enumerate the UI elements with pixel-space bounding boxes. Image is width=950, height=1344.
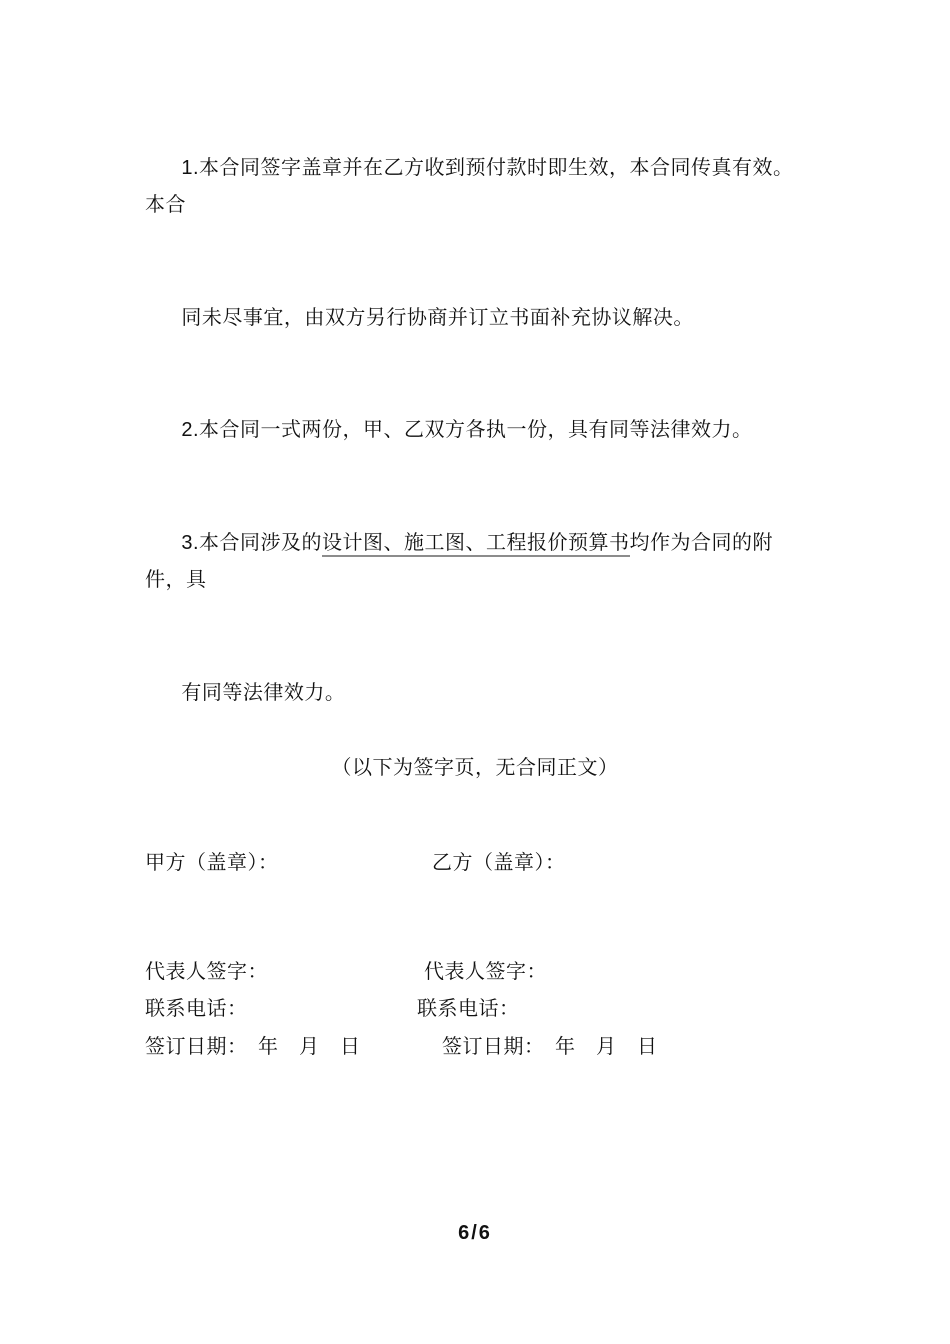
clause-1-line-2: 同未尽事宜，由双方另行协商并订立书面补充协议解决。 [145, 262, 805, 375]
signature-block: 甲方（盖章）： 乙方（盖章）： 代表人签字： 代表人签字： 联系电话： 联系电话… [145, 845, 805, 1066]
clause-1-line-1: 1.本合同签字盖章并在乙方收到预付款时即生效，本合同传真有效。本合 [145, 112, 805, 262]
clause-3-text-end: 有同等法律效力。 [181, 682, 345, 704]
clause-1-text-b: 同未尽事宜，由双方另行协商并订立书面补充协议解决。 [181, 307, 694, 329]
party-a-phone-label: 联系电话： [145, 991, 417, 1029]
document-body: 1.本合同签字盖章并在乙方收到预付款时即生效，本合同传真有效。本合 同未尽事宜，… [145, 112, 805, 1066]
party-a-date-label: 签订日期： 年 月 日 [145, 1029, 442, 1067]
signing-page-note: （以下为签字页，无合同正文） [145, 750, 805, 788]
party-b-representative-label: 代表人签字： [424, 954, 547, 992]
clause-3-line-2: 有同等法律效力。 [145, 637, 805, 750]
contract-document-page: 1.本合同签字盖章并在乙方收到预付款时即生效，本合同传真有效。本合 同未尽事宜，… [0, 0, 950, 1344]
party-a-representative-label: 代表人签字： [145, 954, 424, 992]
clause-3-line-1: 3.本合同涉及的设计图、施工图、工程报价预算书均作为合同的附件，具 [145, 487, 805, 637]
clause-3-text-before: 3.本合同涉及的 [181, 532, 322, 554]
contact-phone-row: 联系电话： 联系电话： [145, 991, 805, 1029]
clause-1-text-a: 1.本合同签字盖章并在乙方收到预付款时即生效，本合同传真有效。本合 [145, 157, 794, 217]
clause-3-underlined-attachments: 设计图、施工图、工程报价预算书 [322, 532, 630, 557]
page-number: 6/6 [0, 1222, 950, 1245]
party-b-phone-label: 联系电话： [417, 991, 520, 1029]
signing-date-row: 签订日期： 年 月 日 签订日期： 年 月 日 [145, 1029, 805, 1067]
clause-2-text: 2.本合同一式两份，甲、乙双方各执一份，具有同等法律效力。 [181, 419, 752, 441]
party-a-seal-label: 甲方（盖章）： [145, 845, 432, 883]
party-b-date-label: 签订日期： 年 月 日 [442, 1029, 658, 1067]
representative-signature-row: 代表人签字： 代表人签字： [145, 954, 805, 992]
seal-row: 甲方（盖章）： 乙方（盖章）： [145, 845, 805, 883]
clause-2-line-1: 2.本合同一式两份，甲、乙双方各执一份，具有同等法律效力。 [145, 375, 805, 488]
party-b-seal-label: 乙方（盖章）： [432, 845, 566, 883]
